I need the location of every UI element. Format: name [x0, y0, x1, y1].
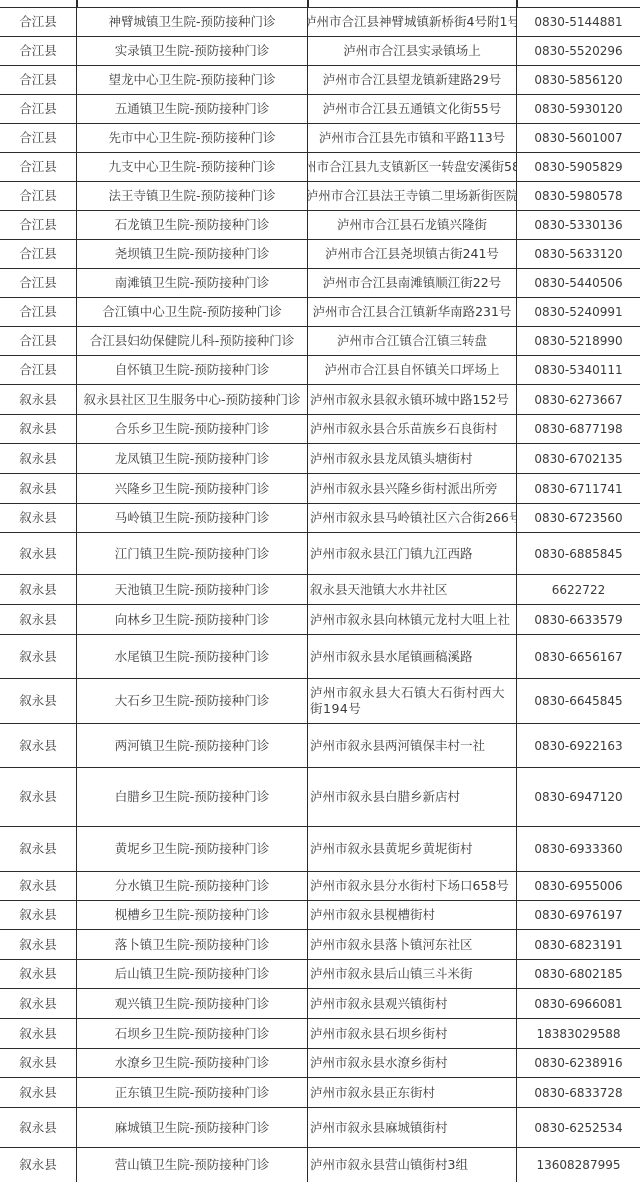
- address-cell: 泸州市叙永县向林镇元龙村大咀上社: [307, 605, 516, 634]
- clinic-name-cell: 九支中心卫生院-预防接种门诊: [76, 153, 307, 181]
- table-row: 叙永县 分水镇卫生院-预防接种门诊 泸州市叙永县分水街村下场口658号 0830…: [0, 871, 640, 900]
- phone-cell: 0830-5440506: [516, 269, 640, 297]
- phone-cell: 6622722: [516, 575, 640, 604]
- clinic-name-cell: 黄坭乡卫生院-预防接种门诊: [76, 827, 307, 871]
- table-row: 叙永县 水潦乡卫生院-预防接种门诊 泸州市叙永县水潦乡街村 0830-62389…: [0, 1048, 640, 1077]
- phone-cell: 0830-6833728: [516, 1078, 640, 1107]
- address-cell: 叙永县天池镇大水井社区: [307, 575, 516, 604]
- table-row: 合江县 南滩镇卫生院-预防接种门诊 泸州市合江县南滩镇顺江街22号 0830-5…: [0, 268, 640, 297]
- address-cell: 泸州市合江县五通镇文化街55号: [307, 95, 516, 123]
- clinic-name-cell: 石坝乡卫生院-预防接种门诊: [76, 1019, 307, 1048]
- phone-cell: 0830-5240991: [516, 298, 640, 326]
- clinic-name-cell: 实录镇卫生院-预防接种门诊: [76, 37, 307, 65]
- address-cell: 泸州市合江镇合江镇三转盘: [307, 327, 516, 355]
- table-row: 叙永县 麻城镇卫生院-预防接种门诊 泸州市叙永县麻城镇街村 0830-62525…: [0, 1107, 640, 1147]
- table-row: 合江县 实录镇卫生院-预防接种门诊 泸州市合江县实录镇场上 0830-55202…: [0, 36, 640, 65]
- table-row: 叙永县 后山镇卫生院-预防接种门诊 泸州市叙永县后山镇三斗米街 0830-680…: [0, 959, 640, 988]
- county-cell: 叙永县: [0, 415, 76, 443]
- phone-cell: 0830-6922163: [516, 724, 640, 767]
- table-row: 叙永县 营山镇卫生院-预防接种门诊 泸州市叙永县营山镇街村3组 13608287…: [0, 1147, 640, 1182]
- county-cell: 叙永县: [0, 872, 76, 900]
- address-cell: 泸州市合江县神臂城镇新桥街4号附1号: [307, 8, 516, 36]
- phone-cell: 0830-5520296: [516, 37, 640, 65]
- county-cell: 合江县: [0, 124, 76, 152]
- address-cell: 泸州市叙永县大石镇大石街村西大街194号: [307, 679, 516, 723]
- table-row: 合江县 尧坝镇卫生院-预防接种门诊 泸州市合江县尧坝镇古街241号 0830-5…: [0, 239, 640, 268]
- phone-cell: 0830-6877198: [516, 415, 640, 443]
- address-cell: 泸州市叙永县观兴镇街村: [307, 989, 516, 1018]
- table-row: 合江县 石龙镇卫生院-预防接种门诊 泸州市合江县石龙镇兴隆街 0830-5330…: [0, 210, 640, 239]
- clinic-name-cell: 水潦乡卫生院-预防接种门诊: [76, 1049, 307, 1077]
- table-row: 叙永县 两河镇卫生院-预防接种门诊 泸州市叙永县两河镇保丰村一社 0830-69…: [0, 723, 640, 767]
- column-divider: [76, 0, 78, 7]
- address-cell: 泸州市叙永县后山镇三斗米街: [307, 960, 516, 988]
- county-cell: 合江县: [0, 8, 76, 36]
- address-cell: 泸州市叙永县落卜镇河东社区: [307, 930, 516, 959]
- table-row: 合江县 法王寺镇卫生院-预防接种门诊 泸州市合江县法王寺镇二里场新街医院 083…: [0, 181, 640, 210]
- phone-cell: 0830-5905829: [516, 153, 640, 181]
- clinic-name-cell: 神臂城镇卫生院-预防接种门诊: [76, 8, 307, 36]
- clinic-name-cell: 营山镇卫生院-预防接种门诊: [76, 1148, 307, 1182]
- clinic-name-cell: 石龙镇卫生院-预防接种门诊: [76, 211, 307, 239]
- address-cell: 泸州市叙永县石坝乡街村: [307, 1019, 516, 1048]
- table-top-partial-row: [0, 0, 640, 7]
- address-cell: 泸州市叙永县叙永镇环城中路152号: [307, 385, 516, 414]
- table-row: 合江县 合江县妇幼保健院儿科-预防接种门诊 泸州市合江镇合江镇三转盘 0830-…: [0, 326, 640, 355]
- phone-cell: 0830-6273667: [516, 385, 640, 414]
- phone-cell: 0830-6252534: [516, 1108, 640, 1147]
- clinic-name-cell: 枧槽乡卫生院-预防接种门诊: [76, 901, 307, 929]
- address-cell: 泸州市叙永县麻城镇街村: [307, 1108, 516, 1147]
- address-cell: 泸州市叙永县两河镇保丰村一社: [307, 724, 516, 767]
- clinic-name-cell: 龙凤镇卫生院-预防接种门诊: [76, 444, 307, 473]
- table-row: 叙永县 龙凤镇卫生院-预防接种门诊 泸州市叙永县龙凤镇头塘街村 0830-670…: [0, 443, 640, 473]
- county-cell: 叙永县: [0, 1078, 76, 1107]
- clinic-name-cell: 法王寺镇卫生院-预防接种门诊: [76, 182, 307, 210]
- phone-cell: 13608287995: [516, 1148, 640, 1182]
- clinic-name-cell: 先市中心卫生院-预防接种门诊: [76, 124, 307, 152]
- county-cell: 合江县: [0, 153, 76, 181]
- phone-cell: 0830-6802185: [516, 960, 640, 988]
- phone-cell: 0830-5930120: [516, 95, 640, 123]
- county-cell: 叙永县: [0, 930, 76, 959]
- table-row: 叙永县 正东镇卫生院-预防接种门诊 泸州市叙永县正东街村 0830-683372…: [0, 1077, 640, 1107]
- county-cell: 合江县: [0, 37, 76, 65]
- phone-cell: 0830-5980578: [516, 182, 640, 210]
- county-cell: 叙永县: [0, 635, 76, 678]
- phone-cell: 0830-6947120: [516, 768, 640, 826]
- clinic-name-cell: 马岭镇卫生院-预防接种门诊: [76, 504, 307, 532]
- county-cell: 合江县: [0, 356, 76, 384]
- county-cell: 叙永县: [0, 768, 76, 826]
- phone-cell: 18383029588: [516, 1019, 640, 1048]
- clinic-name-cell: 五通镇卫生院-预防接种门诊: [76, 95, 307, 123]
- table-row: 叙永县 水尾镇卫生院-预防接种门诊 泸州市叙永县水尾镇画稿溪路 0830-665…: [0, 634, 640, 678]
- table-row: 叙永县 向林乡卫生院-预防接种门诊 泸州市叙永县向林镇元龙村大咀上社 0830-…: [0, 604, 640, 634]
- address-cell: 泸州市叙永县枧槽街村: [307, 901, 516, 929]
- county-cell: 叙永县: [0, 1049, 76, 1077]
- column-divider: [307, 0, 309, 7]
- county-cell: 叙永县: [0, 533, 76, 574]
- address-cell: 泸州市叙永县正东街村: [307, 1078, 516, 1107]
- address-cell: 泸州市叙永县合乐苗族乡石良街村: [307, 415, 516, 443]
- county-cell: 叙永县: [0, 504, 76, 532]
- county-cell: 叙永县: [0, 1108, 76, 1147]
- table-row: 合江县 九支中心卫生院-预防接种门诊 州市合江县九支镇新区一转盘安溪街58 08…: [0, 152, 640, 181]
- clinic-name-cell: 江门镇卫生院-预防接种门诊: [76, 533, 307, 574]
- clinic-name-cell: 落卜镇卫生院-预防接种门诊: [76, 930, 307, 959]
- county-cell: 叙永县: [0, 827, 76, 871]
- county-cell: 合江县: [0, 240, 76, 268]
- clinic-name-cell: 两河镇卫生院-预防接种门诊: [76, 724, 307, 767]
- column-divider: [516, 0, 518, 7]
- phone-cell: 0830-6955006: [516, 872, 640, 900]
- address-cell: 泸州市合江县法王寺镇二里场新街医院: [307, 182, 516, 210]
- address-cell: 泸州市合江县合江镇新华南路231号: [307, 298, 516, 326]
- table-row: 叙永县 枧槽乡卫生院-预防接种门诊 泸州市叙永县枧槽街村 0830-697619…: [0, 900, 640, 929]
- phone-cell: 0830-5330136: [516, 211, 640, 239]
- county-cell: 叙永县: [0, 724, 76, 767]
- county-cell: 合江县: [0, 211, 76, 239]
- clinic-name-cell: 水尾镇卫生院-预防接种门诊: [76, 635, 307, 678]
- address-cell: 泸州市合江县自怀镇关口坪场上: [307, 356, 516, 384]
- address-cell: 泸州市叙永县白腊乡新店村: [307, 768, 516, 826]
- county-cell: 合江县: [0, 269, 76, 297]
- table-row: 合江县 自怀镇卫生院-预防接种门诊 泸州市合江县自怀镇关口坪场上 0830-53…: [0, 355, 640, 384]
- address-cell: 泸州市叙永县水潦乡街村: [307, 1049, 516, 1077]
- county-cell: 叙永县: [0, 901, 76, 929]
- clinic-name-cell: 白腊乡卫生院-预防接种门诊: [76, 768, 307, 826]
- table-row: 叙永县 观兴镇卫生院-预防接种门诊 泸州市叙永县观兴镇街村 0830-69660…: [0, 988, 640, 1018]
- clinic-name-cell: 合江镇中心卫生院-预防接种门诊: [76, 298, 307, 326]
- phone-cell: 0830-6723560: [516, 504, 640, 532]
- address-cell: 泸州市叙永县营山镇街村3组: [307, 1148, 516, 1182]
- address-cell: 泸州市叙永县黄坭乡黄坭街村: [307, 827, 516, 871]
- phone-cell: 0830-5144881: [516, 8, 640, 36]
- clinic-name-cell: 麻城镇卫生院-预防接种门诊: [76, 1108, 307, 1147]
- table-row: 叙永县 石坝乡卫生院-预防接种门诊 泸州市叙永县石坝乡街村 1838302958…: [0, 1018, 640, 1048]
- phone-cell: 0830-5218990: [516, 327, 640, 355]
- county-cell: 叙永县: [0, 679, 76, 723]
- table-row: 合江县 望龙中心卫生院-预防接种门诊 泸州市合江县望龙镇新建路29号 0830-…: [0, 65, 640, 94]
- clinic-name-cell: 观兴镇卫生院-预防接种门诊: [76, 989, 307, 1018]
- clinic-name-cell: 正东镇卫生院-预防接种门诊: [76, 1078, 307, 1107]
- table-row: 合江县 先市中心卫生院-预防接种门诊 泸州市合江县先市镇和平路113号 0830…: [0, 123, 640, 152]
- clinic-name-cell: 大石乡卫生院-预防接种门诊: [76, 679, 307, 723]
- phone-cell: 0830-6702135: [516, 444, 640, 473]
- address-cell: 泸州市合江县先市镇和平路113号: [307, 124, 516, 152]
- phone-cell: 0830-6966081: [516, 989, 640, 1018]
- table-row: 叙永县 兴隆乡卫生院-预防接种门诊 泸州市叙永县兴隆乡街村派出所旁 0830-6…: [0, 473, 640, 503]
- clinic-name-cell: 尧坝镇卫生院-预防接种门诊: [76, 240, 307, 268]
- address-cell: 泸州市合江县南滩镇顺江街22号: [307, 269, 516, 297]
- phone-cell: 0830-6976197: [516, 901, 640, 929]
- phone-cell: 0830-6933360: [516, 827, 640, 871]
- county-cell: 合江县: [0, 327, 76, 355]
- address-cell: 泸州市叙永县马岭镇社区六合街266号: [307, 504, 516, 532]
- county-cell: 合江县: [0, 95, 76, 123]
- address-cell: 泸州市叙永县江门镇九江西路: [307, 533, 516, 574]
- phone-cell: 0830-6645845: [516, 679, 640, 723]
- address-cell: 泸州市合江县尧坝镇古街241号: [307, 240, 516, 268]
- phone-cell: 0830-6633579: [516, 605, 640, 634]
- table-row: 叙永县 马岭镇卫生院-预防接种门诊 泸州市叙永县马岭镇社区六合街266号 083…: [0, 503, 640, 532]
- table-row: 合江县 五通镇卫生院-预防接种门诊 泸州市合江县五通镇文化街55号 0830-5…: [0, 94, 640, 123]
- table-row: 合江县 神臂城镇卫生院-预防接种门诊 泸州市合江县神臂城镇新桥街4号附1号 08…: [0, 7, 640, 36]
- county-cell: 合江县: [0, 182, 76, 210]
- phone-cell: 0830-6656167: [516, 635, 640, 678]
- county-cell: 叙永县: [0, 575, 76, 604]
- table-row: 叙永县 落卜镇卫生院-预防接种门诊 泸州市叙永县落卜镇河东社区 0830-682…: [0, 929, 640, 959]
- table-row: 合江县 合江镇中心卫生院-预防接种门诊 泸州市合江县合江镇新华南路231号 08…: [0, 297, 640, 326]
- clinic-name-cell: 自怀镇卫生院-预防接种门诊: [76, 356, 307, 384]
- county-cell: 叙永县: [0, 385, 76, 414]
- clinic-name-cell: 后山镇卫生院-预防接种门诊: [76, 960, 307, 988]
- county-cell: 叙永县: [0, 605, 76, 634]
- county-cell: 叙永县: [0, 989, 76, 1018]
- clinic-name-cell: 合江县妇幼保健院儿科-预防接种门诊: [76, 327, 307, 355]
- address-cell: 泸州市叙永县兴隆乡街村派出所旁: [307, 474, 516, 503]
- table-row: 叙永县 合乐乡卫生院-预防接种门诊 泸州市叙永县合乐苗族乡石良街村 0830-6…: [0, 414, 640, 443]
- clinic-name-cell: 望龙中心卫生院-预防接种门诊: [76, 66, 307, 94]
- phone-cell: 0830-5633120: [516, 240, 640, 268]
- county-cell: 合江县: [0, 298, 76, 326]
- table-row: 叙永县 黄坭乡卫生院-预防接种门诊 泸州市叙永县黄坭乡黄坭街村 0830-693…: [0, 826, 640, 871]
- clinic-name-cell: 天池镇卫生院-预防接种门诊: [76, 575, 307, 604]
- clinic-name-cell: 合乐乡卫生院-预防接种门诊: [76, 415, 307, 443]
- table-row: 叙永县 叙永县社区卫生服务中心-预防接种门诊 泸州市叙永县叙永镇环城中路152号…: [0, 384, 640, 414]
- county-cell: 叙永县: [0, 1019, 76, 1048]
- phone-cell: 0830-5340111: [516, 356, 640, 384]
- county-cell: 叙永县: [0, 1148, 76, 1182]
- phone-cell: 0830-6823191: [516, 930, 640, 959]
- phone-cell: 0830-5856120: [516, 66, 640, 94]
- table-row: 叙永县 大石乡卫生院-预防接种门诊 泸州市叙永县大石镇大石街村西大街194号 0…: [0, 678, 640, 723]
- clinic-name-cell: 分水镇卫生院-预防接种门诊: [76, 872, 307, 900]
- phone-cell: 0830-5601007: [516, 124, 640, 152]
- address-cell: 州市合江县九支镇新区一转盘安溪街58: [307, 153, 516, 181]
- phone-cell: 0830-6711741: [516, 474, 640, 503]
- table-row: 叙永县 天池镇卫生院-预防接种门诊 叙永县天池镇大水井社区 6622722: [0, 574, 640, 604]
- address-cell: 泸州市合江县实录镇场上: [307, 37, 516, 65]
- clinic-name-cell: 南滩镇卫生院-预防接种门诊: [76, 269, 307, 297]
- county-cell: 叙永县: [0, 444, 76, 473]
- address-cell: 泸州市叙永县龙凤镇头塘街村: [307, 444, 516, 473]
- vaccination-clinic-table: 合江县 神臂城镇卫生院-预防接种门诊 泸州市合江县神臂城镇新桥街4号附1号 08…: [0, 7, 640, 1182]
- clinic-name-cell: 向林乡卫生院-预防接种门诊: [76, 605, 307, 634]
- address-cell: 泸州市合江县望龙镇新建路29号: [307, 66, 516, 94]
- address-cell: 泸州市叙永县水尾镇画稿溪路: [307, 635, 516, 678]
- county-cell: 叙永县: [0, 474, 76, 503]
- county-cell: 合江县: [0, 66, 76, 94]
- phone-cell: 0830-6238916: [516, 1049, 640, 1077]
- phone-cell: 0830-6885845: [516, 533, 640, 574]
- table-row: 叙永县 白腊乡卫生院-预防接种门诊 泸州市叙永县白腊乡新店村 0830-6947…: [0, 767, 640, 826]
- county-cell: 叙永县: [0, 960, 76, 988]
- clinic-name-cell: 叙永县社区卫生服务中心-预防接种门诊: [76, 385, 307, 414]
- clinic-name-cell: 兴隆乡卫生院-预防接种门诊: [76, 474, 307, 503]
- address-cell: 泸州市叙永县分水街村下场口658号: [307, 872, 516, 900]
- table-row: 叙永县 江门镇卫生院-预防接种门诊 泸州市叙永县江门镇九江西路 0830-688…: [0, 532, 640, 574]
- address-cell: 泸州市合江县石龙镇兴隆街: [307, 211, 516, 239]
